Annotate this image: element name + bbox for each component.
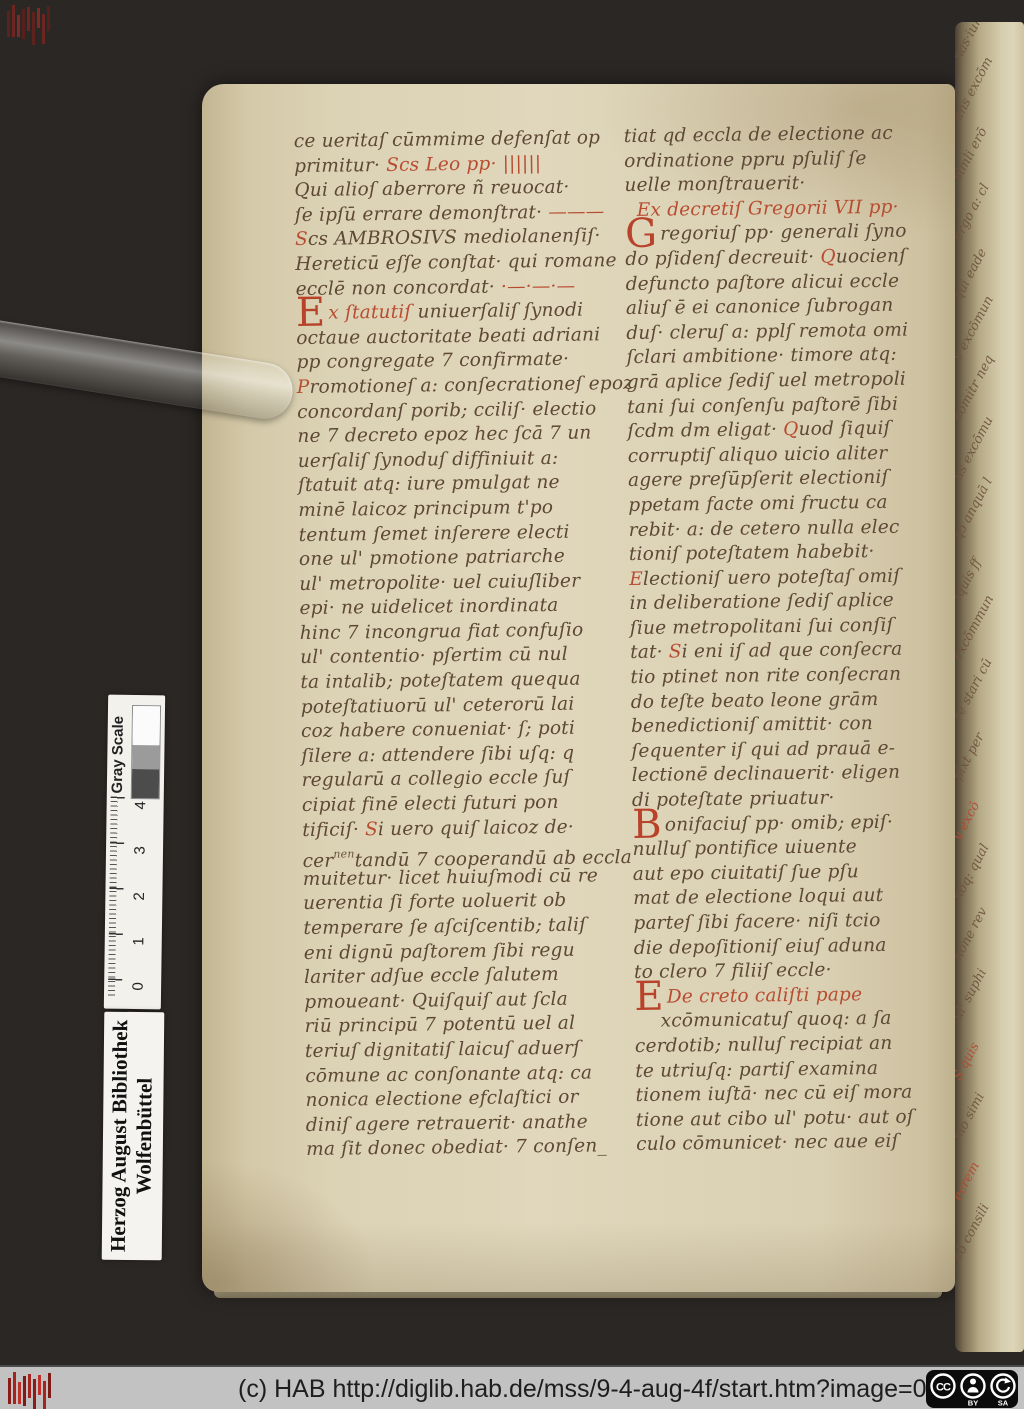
edge-text-fragment: excōmmun: [955, 593, 997, 663]
manuscript-line: ma ſit donec obediat· 7 conſen_: [306, 1134, 638, 1163]
gray-scale-label: Gray Scale: [107, 700, 131, 810]
edge-text-fragment: comitr neq: [955, 353, 997, 423]
manuscript-line: octaue auctoritate beati adriani: [296, 323, 628, 352]
manuscript-line: Ex ſtatutiſ uniuerſaliſ ſynodi: [296, 298, 628, 327]
edge-text-fragment: qↄ anquā l: [955, 475, 996, 543]
library-label-line1: Herzog August Bibliothek: [106, 1016, 134, 1256]
ruler-number: 2: [131, 884, 148, 900]
edge-text-fragment: ergo a: cl: [955, 181, 993, 243]
manuscript-line: cōmune ac conſonante atq: ca: [305, 1061, 637, 1090]
manuscript-line: ce ueritaſ cūmmime defenſat op: [294, 126, 626, 155]
by-label: BY: [968, 1399, 978, 1408]
edge-text-fragment: v excō: [955, 799, 983, 843]
edge-text-fragment: re stari cū: [955, 656, 995, 723]
hab-stripe-logo-top: [7, 5, 50, 45]
manuscript-left-column: ce ueritaſ cūmmime defenſat opprimitur· …: [294, 126, 639, 1163]
ruler-numbers: 43210: [108, 695, 165, 696]
ruler-ticks: [108, 797, 127, 999]
patch-midgray: [132, 745, 159, 770]
edge-text-fragment: none rev: [955, 905, 991, 963]
edge-text-fragment: plxt per: [955, 731, 988, 783]
edge-text-fragment: simli erō: [955, 125, 991, 183]
manuscript-line: temperare ſe aſciſcentib; taliſ: [303, 913, 635, 942]
manuscript-line: Promotioneſ a: conſecrationeſ epoz: [297, 372, 629, 401]
manuscript-line: do pſidenſ decreuit· Quocienſ: [625, 244, 955, 273]
ruler-number: 4: [132, 793, 149, 809]
edge-text-fragment: noq: qual: [955, 842, 993, 903]
gray-scale-card: Gray Scale 43210: [104, 695, 165, 1010]
edge-text-fragment: mo simi: [955, 1090, 988, 1143]
copyright-caption: (c) HAB http://diglib.hab.de/mss/9-4-aug…: [238, 1367, 980, 1409]
manuscript-line: xcōmunicatuſ quoq: a ſa: [661, 1006, 965, 1034]
edge-text-fragment: iquis ff: [955, 556, 985, 603]
edge-text-fragment: ul' suphi: [955, 966, 990, 1023]
edge-text-fragment: us excōmu: [955, 414, 996, 483]
manuscript-line: culo cōmunicet· nec aue eiſ: [636, 1129, 966, 1158]
edge-text-fragment: ans excōm: [955, 55, 996, 123]
manuscript-line: hinc 7 incongrua fiat confuſio: [300, 618, 632, 647]
manuscript-line: ne 7 decreto epoz hec ſcā 7 un: [297, 421, 629, 450]
manuscript-line: cernentandū 7 cooperandū ab eccla: [302, 839, 634, 868]
gray-scale-patches: [131, 705, 161, 799]
cc-letters: CC: [936, 1382, 951, 1394]
library-label-card: Herzog August Bibliothek Wolfenbüttel: [102, 1012, 165, 1261]
manuscript-line: duſ· cleruſ a: pplſ remota omi: [626, 318, 956, 347]
footer-bar: (c) HAB http://diglib.hab.de/mss/9-4-aug…: [0, 1365, 1024, 1409]
library-label-text: Herzog August Bibliothek Wolfenbüttel: [106, 1016, 161, 1257]
manuscript-line: muitetur· licet huiuſmodi cū re: [303, 864, 635, 893]
manuscript-line: Hereticū eſſe conſtat· qui romane: [295, 249, 627, 278]
sa-label: SA: [998, 1399, 1009, 1408]
hab-stripe-logo-bottom: [8, 1372, 51, 1409]
library-label-line2: Wolfenbüttel: [131, 1016, 159, 1256]
edge-text-fragment: S quis: [955, 1040, 983, 1083]
edge-text-fragment: cō consili: [955, 1201, 993, 1263]
cc-by-sa-badge: CC BY SA: [926, 1370, 1018, 1408]
edge-text-fragment: ecrem: [955, 1160, 983, 1203]
patch-white: [132, 706, 160, 745]
book-fore-edge: nas·iuriaans excōmsimli erōergo a: clqui…: [955, 22, 1024, 1352]
ruler-number: 1: [130, 929, 147, 945]
manuscript-page: ce ueritaſ cūmmime defenſat opprimitur· …: [202, 84, 955, 1292]
ruler-number: 3: [131, 838, 148, 854]
edge-text-fragment: v excōmun: [955, 294, 997, 363]
ruler-number: 0: [130, 974, 147, 990]
manuscript-right-column: tiat qd eccla de electione acordinatione…: [624, 121, 967, 1158]
